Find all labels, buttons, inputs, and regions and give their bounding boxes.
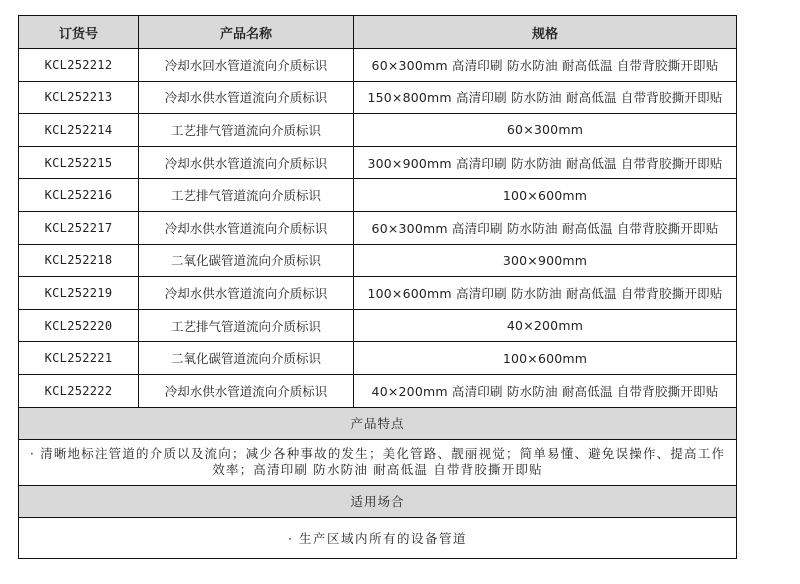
table-row: KCL252222冷却水供水管道流向介质标识40×200mm 高清印刷 防水防油…: [19, 374, 737, 407]
features-text: · 清晰地标注管道的介质以及流向；减少各种事故的发生；美化管路、靓丽视觉；简单易…: [19, 439, 737, 485]
spec-cell: 150×800mm 高清印刷 防水防油 耐高低温 自带背胶撕开即贴: [354, 81, 737, 114]
product-name-cell: 冷却水供水管道流向介质标识: [139, 211, 354, 244]
spec-cell: 60×300mm: [354, 114, 737, 147]
spec-cell: 40×200mm 高清印刷 防水防油 耐高低温 自带背胶撕开即贴: [354, 374, 737, 407]
order-code-cell: KCL252217: [19, 211, 139, 244]
product-name-cell: 冷却水回水管道流向介质标识: [139, 49, 354, 82]
spec-cell: 100×600mm: [354, 179, 737, 212]
table-row: KCL252216工艺排气管道流向介质标识100×600mm: [19, 179, 737, 212]
product-name-cell: 工艺排气管道流向介质标识: [139, 309, 354, 342]
table-row: KCL252218二氧化碳管道流向介质标识300×900mm: [19, 244, 737, 277]
product-name-cell: 二氧化碳管道流向介质标识: [139, 342, 354, 375]
product-name-cell: 冷却水供水管道流向介质标识: [139, 146, 354, 179]
header-order-code: 订货号: [19, 16, 139, 49]
product-name-cell: 二氧化碳管道流向介质标识: [139, 244, 354, 277]
order-code-cell: KCL252216: [19, 179, 139, 212]
product-name-cell: 工艺排气管道流向介质标识: [139, 114, 354, 147]
product-name-cell: 冷却水供水管道流向介质标识: [139, 81, 354, 114]
order-code-cell: KCL252221: [19, 342, 139, 375]
spec-cell: 100×600mm: [354, 342, 737, 375]
product-name-cell: 冷却水供水管道流向介质标识: [139, 374, 354, 407]
table-row: KCL252212冷却水回水管道流向介质标识60×300mm 高清印刷 防水防油…: [19, 49, 737, 82]
usage-title-row: 适用场合: [19, 485, 737, 517]
order-code-cell: KCL252218: [19, 244, 139, 277]
order-code-cell: KCL252214: [19, 114, 139, 147]
spec-cell: 60×300mm 高清印刷 防水防油 耐高低温 自带背胶撕开即贴: [354, 211, 737, 244]
table-row: KCL252214工艺排气管道流向介质标识60×300mm: [19, 114, 737, 147]
table-row: KCL252219冷却水供水管道流向介质标识100×600mm 高清印刷 防水防…: [19, 277, 737, 310]
spec-cell: 40×200mm: [354, 309, 737, 342]
features-title-row: 产品特点: [19, 407, 737, 439]
order-code-cell: KCL252220: [19, 309, 139, 342]
usage-text: · 生产区域内所有的设备管道: [19, 517, 737, 558]
product-spec-table: 订货号 产品名称 规格 KCL252212冷却水回水管道流向介质标识60×300…: [18, 15, 737, 559]
order-code-cell: KCL252212: [19, 49, 139, 82]
table-header-row: 订货号 产品名称 规格: [19, 16, 737, 49]
usage-title: 适用场合: [19, 485, 737, 517]
order-code-cell: KCL252215: [19, 146, 139, 179]
spec-cell: 60×300mm 高清印刷 防水防油 耐高低温 自带背胶撕开即贴: [354, 49, 737, 82]
order-code-cell: KCL252213: [19, 81, 139, 114]
features-title: 产品特点: [19, 407, 737, 439]
table-row: KCL252215冷却水供水管道流向介质标识300×900mm 高清印刷 防水防…: [19, 146, 737, 179]
table-row: KCL252221二氧化碳管道流向介质标识100×600mm: [19, 342, 737, 375]
table-row: KCL252213冷却水供水管道流向介质标识150×800mm 高清印刷 防水防…: [19, 81, 737, 114]
order-code-cell: KCL252222: [19, 374, 139, 407]
features-text-row: · 清晰地标注管道的介质以及流向；减少各种事故的发生；美化管路、靓丽视觉；简单易…: [19, 439, 737, 485]
product-name-cell: 工艺排气管道流向介质标识: [139, 179, 354, 212]
header-spec: 规格: [354, 16, 737, 49]
spec-cell: 300×900mm: [354, 244, 737, 277]
order-code-cell: KCL252219: [19, 277, 139, 310]
spec-cell: 300×900mm 高清印刷 防水防油 耐高低温 自带背胶撕开即贴: [354, 146, 737, 179]
usage-text-row: · 生产区域内所有的设备管道: [19, 517, 737, 558]
product-name-cell: 冷却水供水管道流向介质标识: [139, 277, 354, 310]
table-row: KCL252220工艺排气管道流向介质标识40×200mm: [19, 309, 737, 342]
spec-cell: 100×600mm 高清印刷 防水防油 耐高低温 自带背胶撕开即贴: [354, 277, 737, 310]
table-row: KCL252217冷却水供水管道流向介质标识60×300mm 高清印刷 防水防油…: [19, 211, 737, 244]
header-product-name: 产品名称: [139, 16, 354, 49]
